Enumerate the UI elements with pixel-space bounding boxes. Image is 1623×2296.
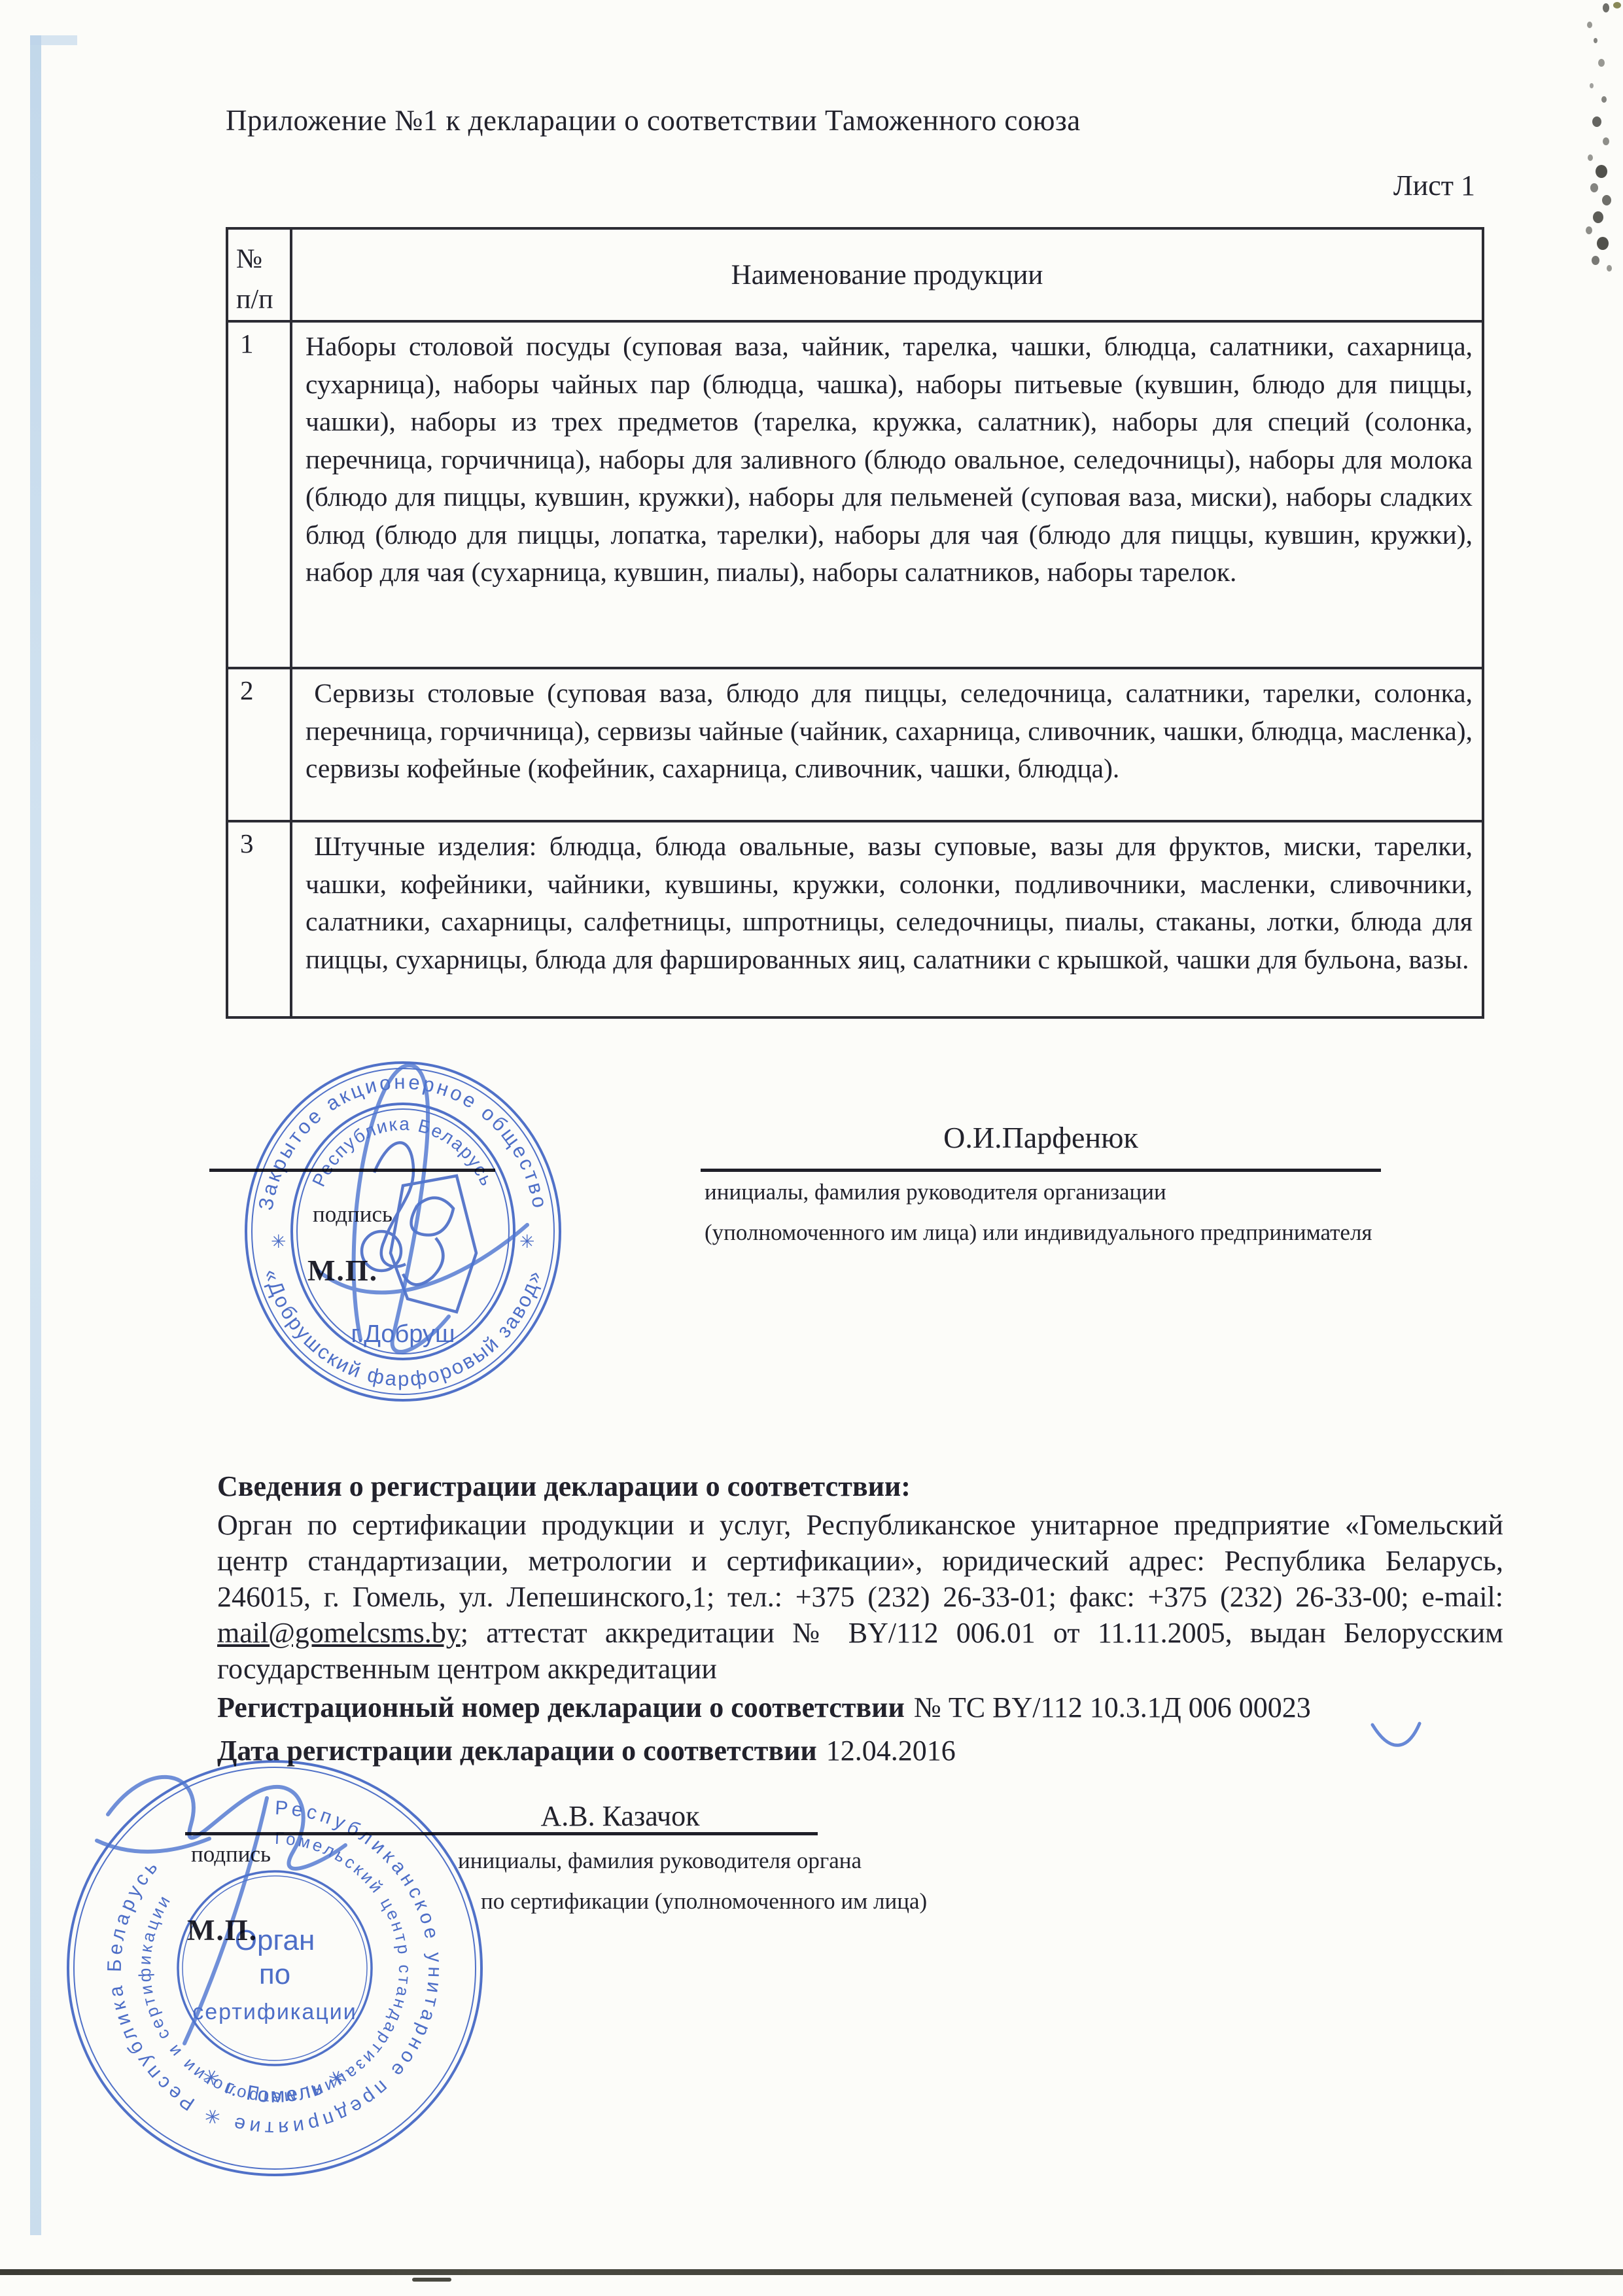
registration-number-line: Регистрационный номер декларации о соотв… bbox=[217, 1691, 1311, 1724]
stamp-city-arc-text: ✳ г. Гомель ✳ bbox=[198, 2063, 353, 2107]
column-header-number-line2: п/п bbox=[236, 279, 290, 320]
table-row: 2 Сервизы столовые (суповая ваза, блюдо … bbox=[227, 668, 1483, 821]
stamp-center-line2: по bbox=[259, 1958, 290, 1990]
stamp-star-right-icon: ✳ bbox=[519, 1231, 534, 1252]
stamp-center-line3: сертификации bbox=[192, 2000, 357, 2024]
scan-edge-stripe-nub bbox=[30, 35, 77, 45]
scan-edge-stripe bbox=[30, 35, 41, 2235]
registration-number-label: Регистрационный номер декларации о соотв… bbox=[217, 1691, 905, 1723]
name-line-org bbox=[701, 1169, 1381, 1172]
stamp-star-left-icon: ✳ bbox=[271, 1231, 286, 1252]
org-head-name: О.И.Парфенюк bbox=[701, 1120, 1381, 1155]
registration-email: mail@gomelcsms.by bbox=[217, 1617, 461, 1649]
registration-body-text: Орган по сертификации продукции и услуг,… bbox=[217, 1509, 1503, 1613]
org-caption-line1: инициалы, фамилия руководителя организац… bbox=[705, 1179, 1166, 1205]
registration-body-paragraph: Орган по сертификации продукции и услуг,… bbox=[217, 1507, 1503, 1687]
row-number: 2 bbox=[227, 668, 291, 821]
scan-bottom-dash bbox=[412, 2278, 451, 2282]
cert-caption-line2: по сертификации (уполномоченного им лица… bbox=[481, 1888, 927, 1915]
organization-stamp: Закрытое акционерное общество «Добрушски… bbox=[239, 1037, 567, 1410]
stamp-center-line1: Орган bbox=[235, 1924, 315, 1956]
row-number: 3 bbox=[227, 821, 291, 1017]
row-number: 1 bbox=[227, 321, 291, 668]
scan-smudge-artifact bbox=[1544, 0, 1623, 281]
org-caption-line2: (уполномоченного им лица) или индивидуал… bbox=[705, 1220, 1372, 1246]
row-product-text: Сервизы столовые (суповая ваза, блюдо дл… bbox=[291, 668, 1483, 821]
scanned-document-page: Приложение №1 к декларации о соответстви… bbox=[0, 0, 1623, 2296]
registration-date-value: 12.04.2016 bbox=[826, 1735, 956, 1767]
table-row: 1 Наборы столовой посуды (суповая ваза, … bbox=[227, 321, 1483, 668]
table-header-row: № п/п Наименование продукции bbox=[227, 228, 1483, 321]
document-title: Приложение №1 к декларации о соответстви… bbox=[226, 103, 1081, 137]
registration-section-heading: Сведения о регистрации декларации о соот… bbox=[217, 1470, 911, 1503]
column-header-number: № п/п bbox=[227, 228, 291, 321]
stamp-inner-ring-text: Республика Беларусь bbox=[308, 1114, 498, 1190]
table-row: 3 Штучные изделия: блюдца, блюда овальны… bbox=[227, 821, 1483, 1017]
row-product-text: Наборы столовой посуды (суповая ваза, ча… bbox=[291, 321, 1483, 668]
sheet-number-label: Лист 1 bbox=[1328, 169, 1475, 202]
row-product-text: Штучные изделия: блюдца, блюда овальные,… bbox=[291, 821, 1483, 1017]
column-header-number-line1: № bbox=[236, 239, 290, 279]
pen-mark-under-number bbox=[1367, 1720, 1426, 1765]
products-table: № п/п Наименование продукции 1 Наборы ст… bbox=[226, 227, 1484, 1019]
column-header-product-name: Наименование продукции bbox=[291, 228, 1483, 321]
cert-caption-line1: инициалы, фамилия руководителя органа bbox=[458, 1848, 862, 1874]
scan-bottom-line bbox=[0, 2269, 1623, 2275]
certification-stamp: Республиканское унитарное предприятие ✳ … bbox=[59, 1752, 491, 2184]
registration-number-value: № ТС BY/112 10.3.1Д 006 00023 bbox=[914, 1691, 1311, 1723]
